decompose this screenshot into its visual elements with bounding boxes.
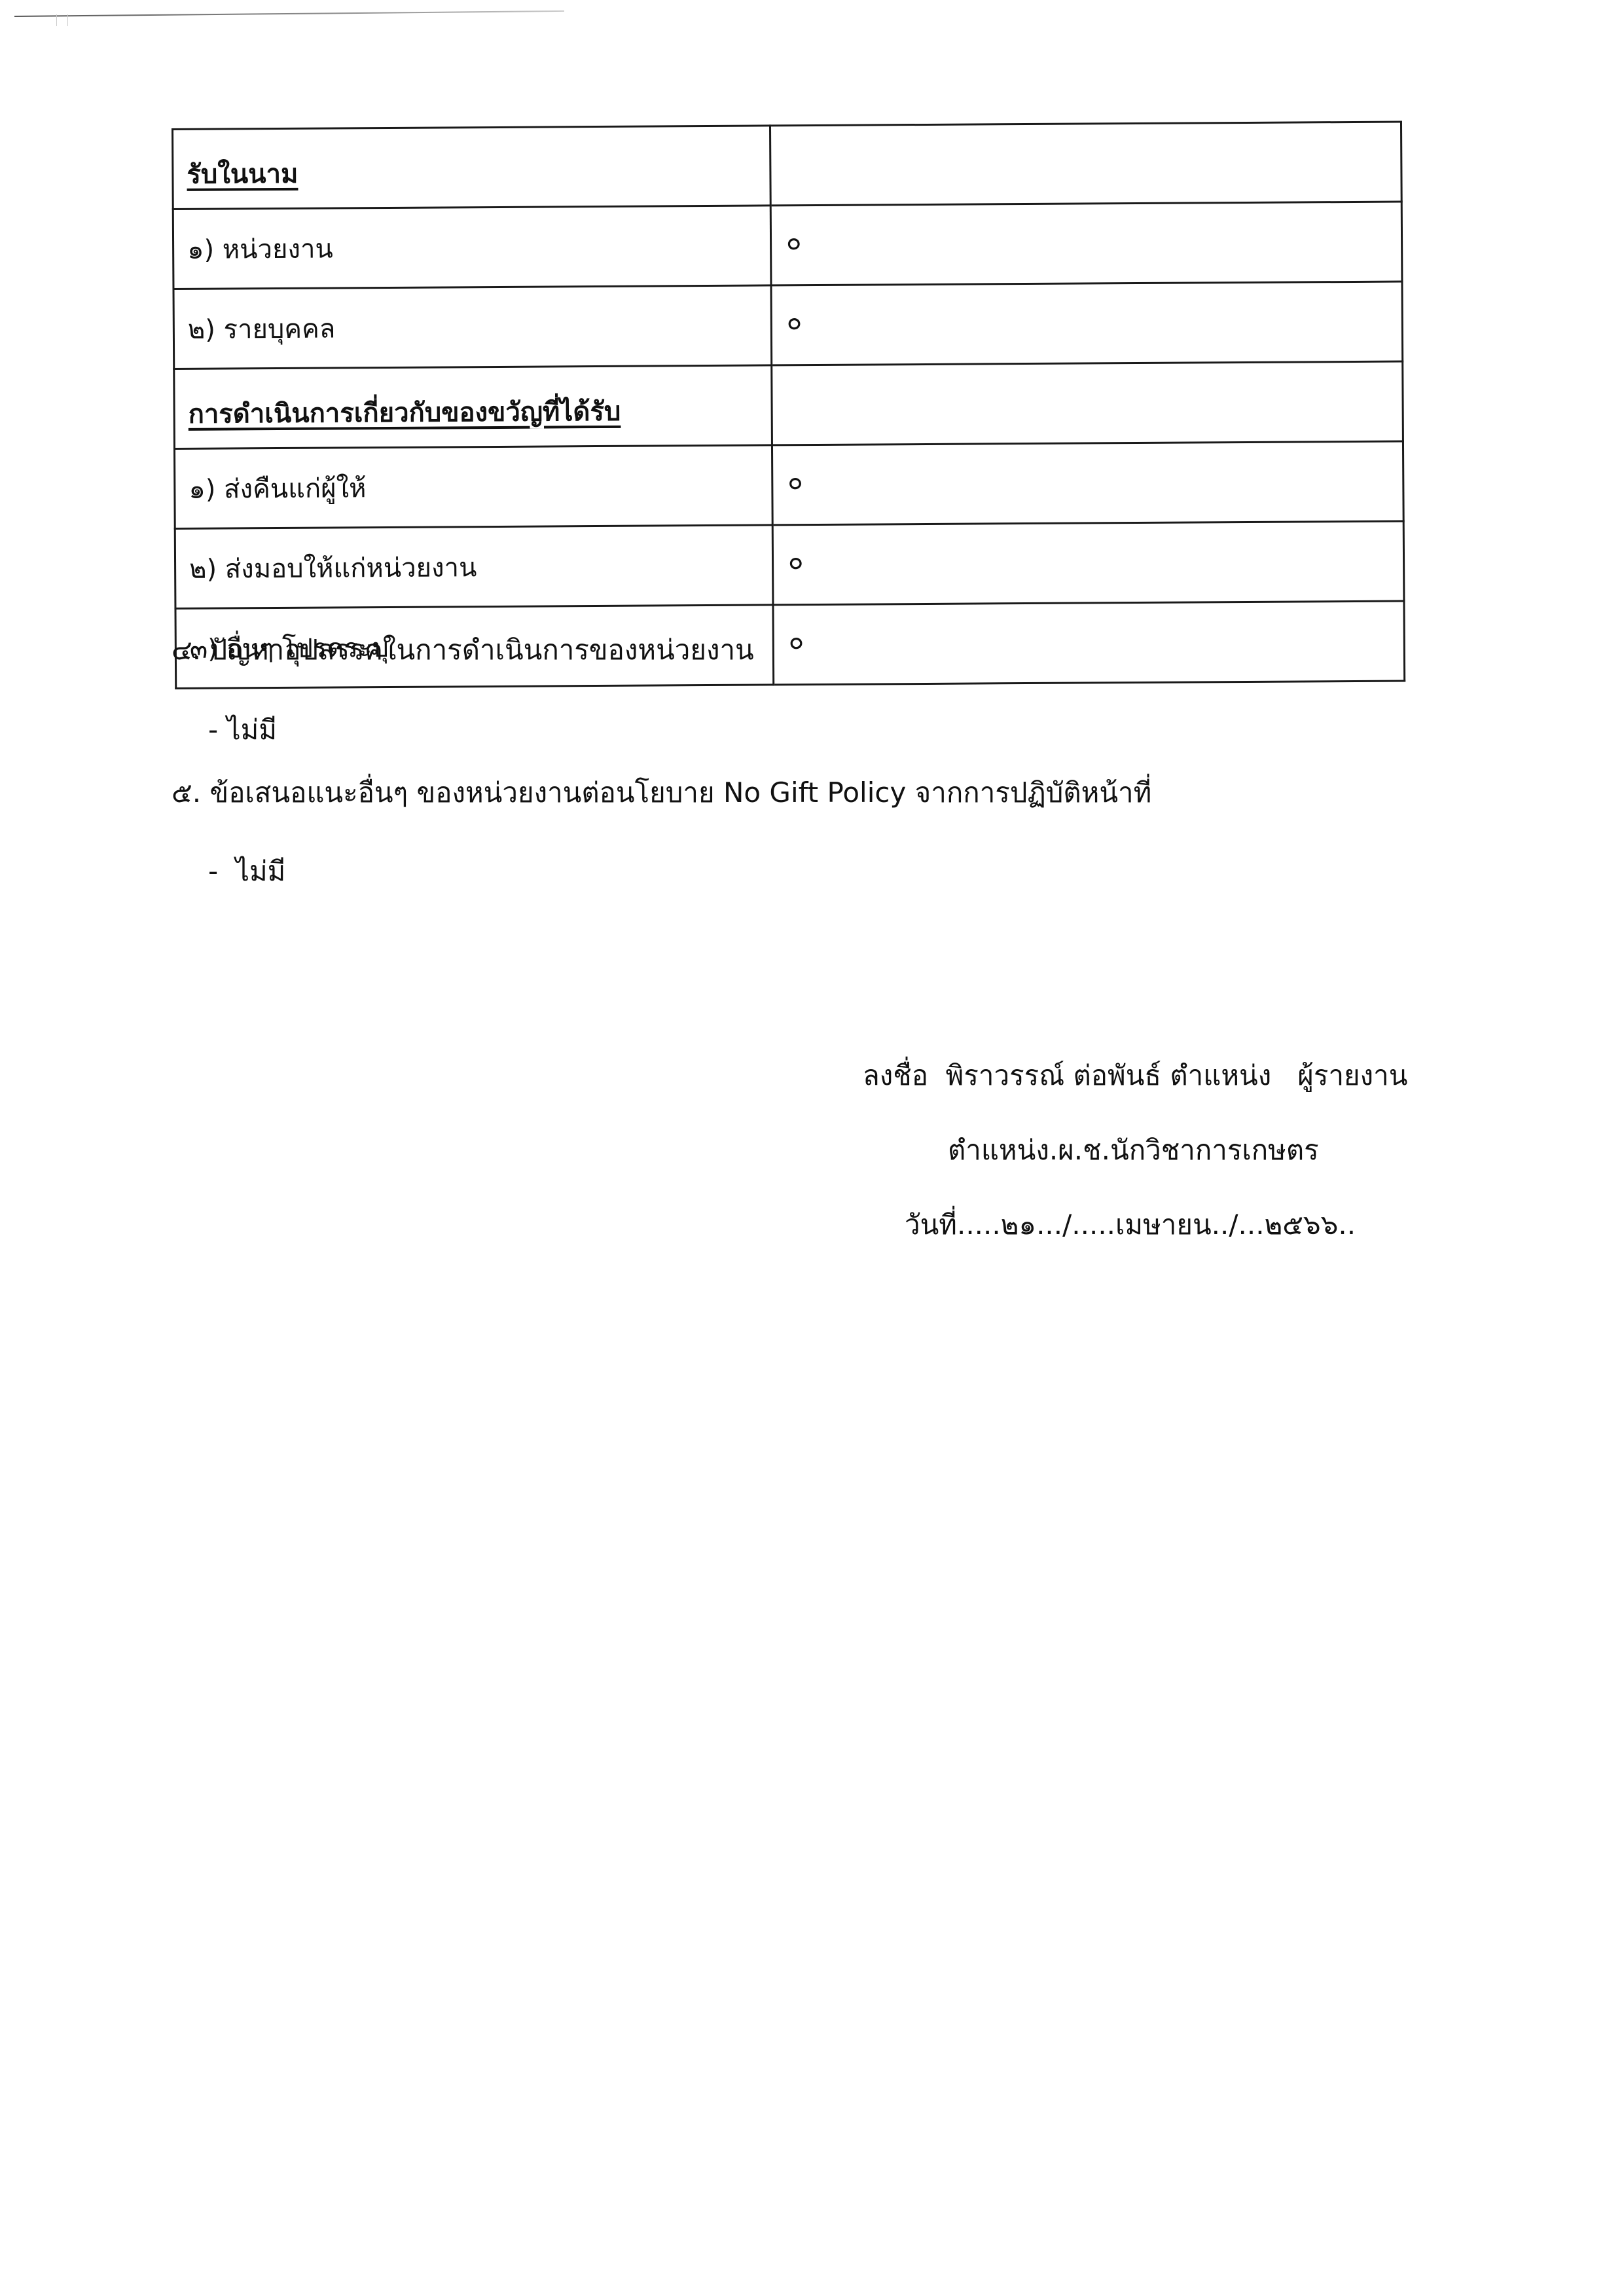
section-5-answer: - ไม่มี bbox=[208, 850, 285, 893]
row-label: ๑) ส่งคืนแก่ผู้ให้ bbox=[189, 473, 366, 505]
row-label-cell: ๑) ส่งคืนแก่ผู้ให้ bbox=[174, 445, 772, 529]
row-value: ๐ bbox=[786, 227, 801, 255]
row-value-cell bbox=[772, 361, 1403, 445]
row-value-cell: ๐ bbox=[773, 601, 1405, 685]
row-value: ๐ bbox=[787, 306, 802, 335]
table-section-heading-row: รับในนาม bbox=[173, 122, 1402, 209]
row-label-cell: การดำเนินการเกี่ยวกับของขวัญที่ได้รับ bbox=[174, 365, 772, 449]
row-value: ๐ bbox=[787, 466, 803, 495]
section-heading-label: การดำเนินการเกี่ยวกับของขวัญที่ได้รับ bbox=[189, 396, 621, 429]
position-line: ตำแหน่ง.ผ.ช.นักวิชาการเกษตร bbox=[948, 1129, 1319, 1172]
section-4-heading: ๔. ปัญหาอุปสรรคในการดำเนินการของหน่วยงาน bbox=[171, 629, 754, 672]
table-row: ๑) ส่งคืนแก่ผู้ให้๐ bbox=[174, 441, 1403, 528]
table-section-heading-row: การดำเนินการเกี่ยวกับของขวัญที่ได้รับ bbox=[174, 361, 1403, 448]
row-value-cell: ๐ bbox=[772, 521, 1404, 605]
scan-edge-artifact bbox=[14, 10, 564, 17]
row-label-cell: รับในนาม bbox=[173, 126, 771, 210]
table-row: ๒) ส่งมอบให้แก่หน่วยงาน๐ bbox=[175, 521, 1404, 608]
row-label: ๒) ส่งมอบให้แก่หน่วยงาน bbox=[189, 553, 477, 585]
row-value: ๐ bbox=[788, 546, 803, 575]
row-label-cell: ๒) รายบุคคล bbox=[173, 285, 772, 369]
row-label: ๑) หน่วยงาน bbox=[187, 234, 333, 264]
row-label-cell: ๒) ส่งมอบให้แก่หน่วยงาน bbox=[175, 525, 773, 609]
section-heading-label: รับในนาม bbox=[187, 158, 298, 189]
row-value-cell: ๐ bbox=[770, 202, 1402, 285]
row-value-cell: ๐ bbox=[772, 441, 1403, 525]
table-row: ๒) รายบุคคล๐ bbox=[173, 282, 1403, 369]
row-value-cell: ๐ bbox=[771, 282, 1403, 365]
signature-line: ลงชื่อ พิราวรรณ์ ต่อพันธ์ ตำแหน่ง ผู้ราย… bbox=[863, 1054, 1407, 1097]
row-value: ๐ bbox=[789, 626, 804, 655]
gift-report-table: รับในนาม๑) หน่วยงาน๐๒) รายบุคคล๐การดำเนิ… bbox=[171, 121, 1405, 689]
row-label: ๒) รายบุคคล bbox=[188, 314, 336, 344]
section-4-answer: - ไม่มี bbox=[208, 708, 277, 752]
row-label-cell: ๑) หน่วยงาน bbox=[173, 206, 771, 289]
row-value-cell bbox=[770, 122, 1401, 206]
table-row: ๑) หน่วยงาน๐ bbox=[173, 202, 1402, 289]
scan-mark-artifact bbox=[56, 14, 68, 26]
date-line: วันที่.....๒๑.../.....เมษายน../...๒๕๖๖.. bbox=[905, 1203, 1356, 1247]
section-5-heading: ๕. ข้อเสนอแนะอื่นๆ ของหน่วยงานต่อนโยบาย … bbox=[171, 771, 1151, 814]
